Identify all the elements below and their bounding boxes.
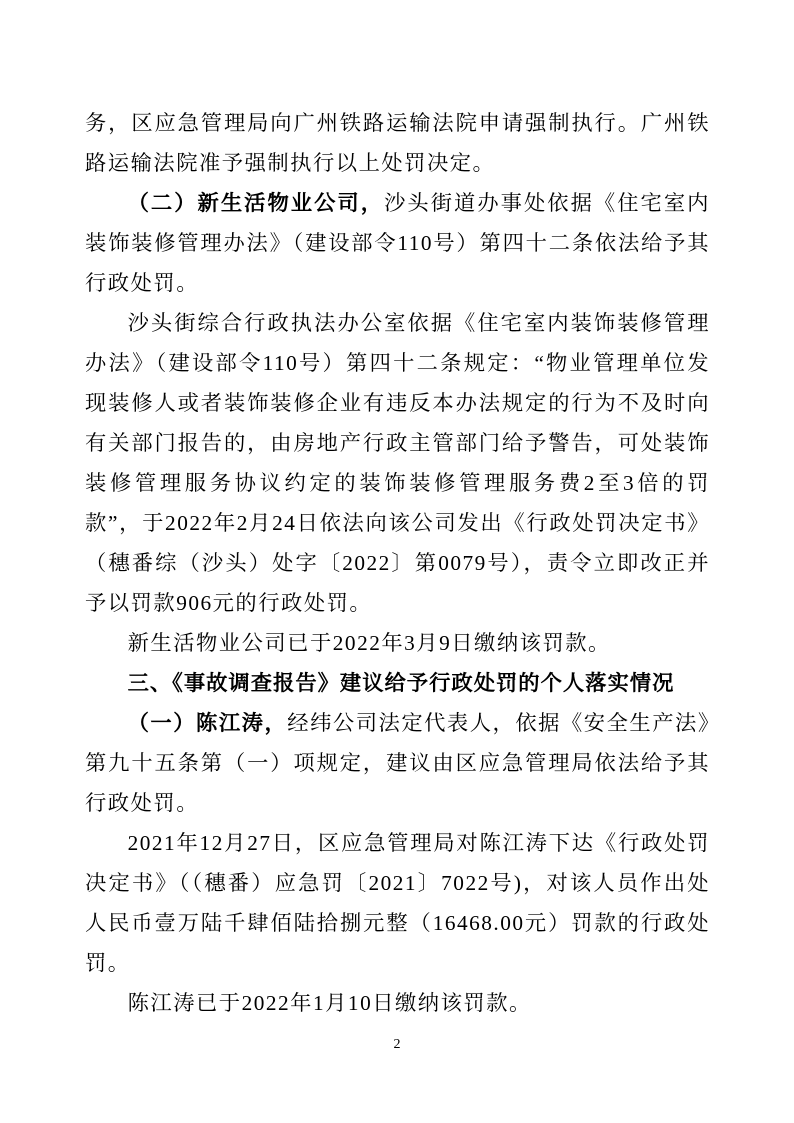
text-run: 新生活物业公司已于2022年3月9日缴纳该罚款。 [128, 631, 611, 655]
bold-text-run: （二）新生活物业公司， [128, 191, 384, 215]
paragraph: （一）陈江涛，经纬公司法定代表人，依据《安全生产法》第九十五条第（一）项规定，建… [85, 703, 710, 823]
document-body: 务，区应急管理局向广州铁路运输法院申请强制执行。广州铁路运输法院准予强制执行以上… [85, 103, 710, 1023]
paragraph: 2021年12月27日，区应急管理局对陈江涛下达《行政处罚决定书》（（穗番）应急… [85, 823, 710, 983]
paragraph: 陈江涛已于2022年1月10日缴纳该罚款。 [85, 983, 710, 1023]
text-run: 务，区应急管理局向广州铁路运输法院申请强制执行。广州铁路运输法院准予强制执行以上… [85, 111, 710, 175]
paragraph: 务，区应急管理局向广州铁路运输法院申请强制执行。广州铁路运输法院准予强制执行以上… [85, 103, 710, 183]
paragraph: 新生活物业公司已于2022年3月9日缴纳该罚款。 [85, 623, 710, 663]
bold-text-run: （一）陈江涛， [128, 711, 288, 735]
section-heading: 三、《事故调查报告》建议给予行政处罚的个人落实情况 [85, 663, 710, 703]
text-run: 2021年12月27日，区应急管理局对陈江涛下达《行政处罚决定书》（（穗番）应急… [85, 831, 710, 975]
page-number: 2 [0, 1036, 794, 1054]
bold-text-run: 三、《事故调查报告》建议给予行政处罚的个人落实情况 [128, 671, 675, 695]
text-run: 沙头街综合行政执法办公室依据《住宅室内装饰装修管理办法》（建设部令110号）第四… [85, 311, 710, 615]
paragraph: （二）新生活物业公司，沙头街道办事处依据《住宅室内装饰装修管理办法》（建设部令1… [85, 183, 710, 303]
text-run: 陈江涛已于2022年1月10日缴纳该罚款。 [128, 991, 532, 1015]
document-page: 务，区应急管理局向广州铁路运输法院申请强制执行。广州铁路运输法院准予强制执行以上… [0, 0, 794, 1123]
paragraph: 沙头街综合行政执法办公室依据《住宅室内装饰装修管理办法》（建设部令110号）第四… [85, 303, 710, 623]
